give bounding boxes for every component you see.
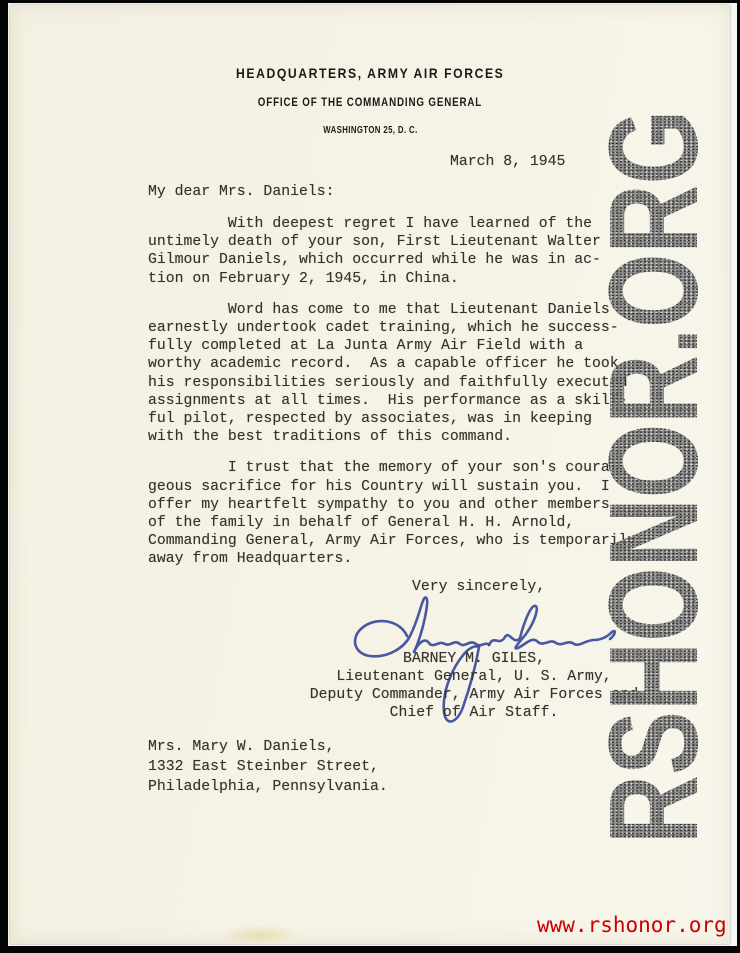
recipient-address: Mrs. Mary W. Daniels, 1332 East Steinber… xyxy=(148,737,388,797)
letterhead-line3: WASHINGTON 25, D. C. xyxy=(323,126,417,136)
website-url: www.rshonor.org xyxy=(537,913,727,937)
salutation: My dear Mrs. Daniels: xyxy=(148,183,334,201)
paper-stain xyxy=(220,925,300,945)
letter-date: March 8, 1945 xyxy=(450,153,565,171)
scanned-letter: HEADQUARTERS, ARMY AIR FORCES OFFICE OF … xyxy=(0,0,740,953)
watermark-text: RSHONOR.ORG xyxy=(591,110,717,844)
letterhead-line1: HEADQUARTERS, ARMY AIR FORCES xyxy=(236,66,504,80)
letter-paper: HEADQUARTERS, ARMY AIR FORCES OFFICE OF … xyxy=(10,5,730,944)
letterhead-line2: OFFICE OF THE COMMANDING GENERAL xyxy=(258,98,482,110)
